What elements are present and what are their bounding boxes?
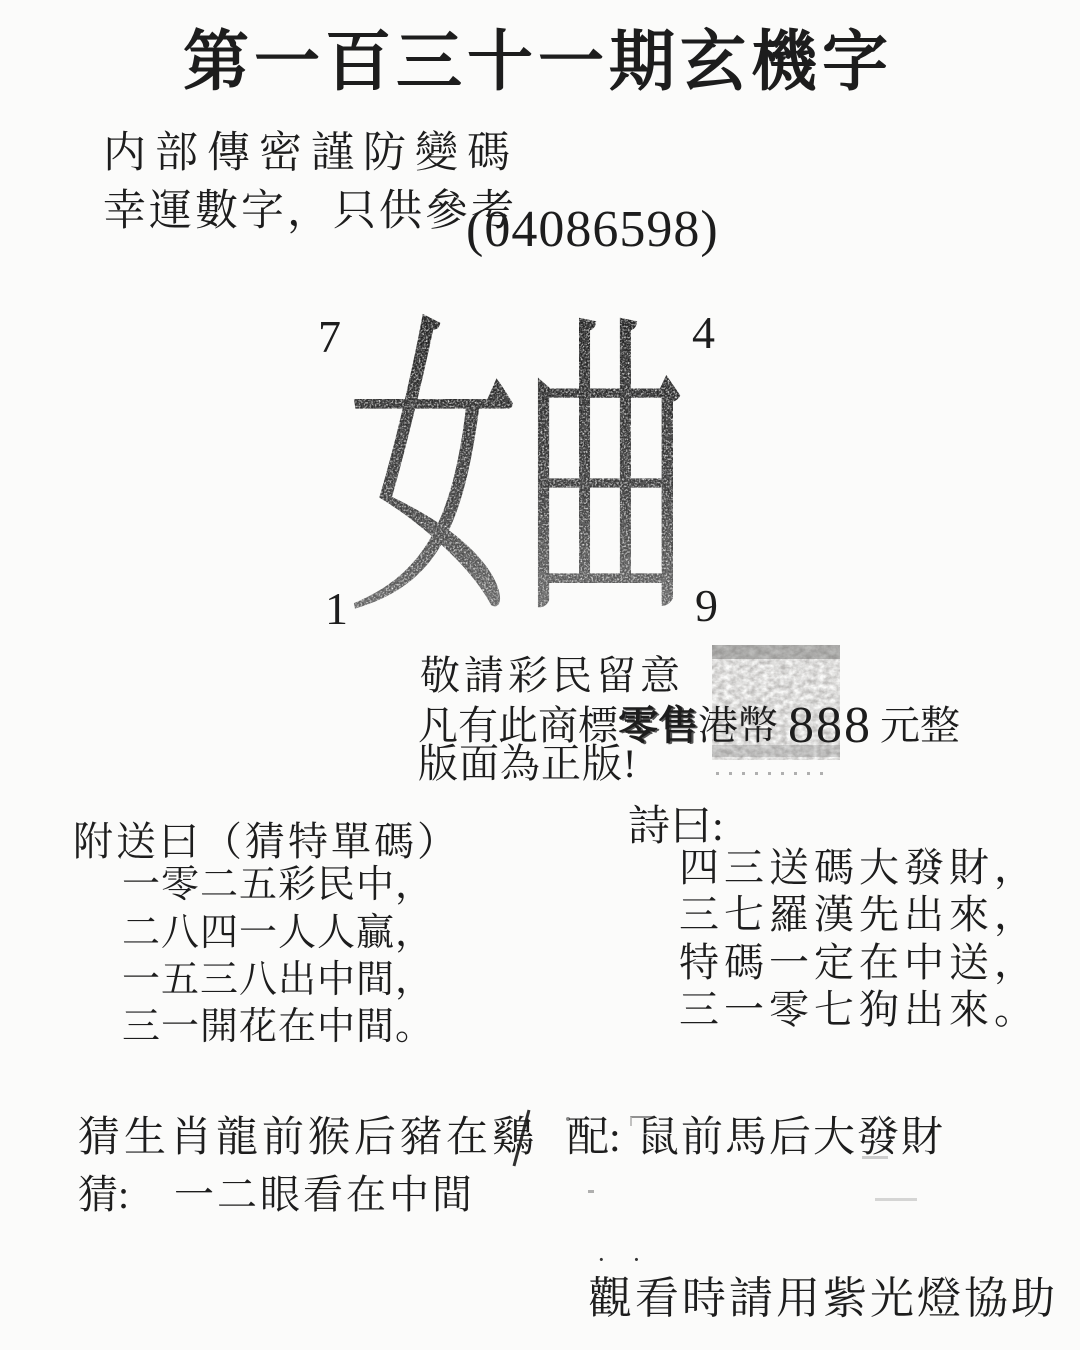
price-amount: 888 [788,697,872,754]
mystery-character-glyph: 女曲 [350,299,690,635]
print-artifact [875,1198,917,1201]
lottery-tip-sheet: 第一百三十一期玄機字 内部傳密謹防變碼 幸運數字，只供參考 (04086598)… [0,0,1080,1350]
zodiac-pair-text: 鼠前馬后大發財 [637,1117,945,1159]
bonus-verse-line: 一零二五彩民中， [122,866,434,904]
price-line-currency: 港幣 [698,703,778,748]
zodiac-pair-label: 配: [567,1117,621,1159]
poem-line: 四三送碼大發財， [679,848,1039,888]
genuine-edition-line: 版面為正版! [418,744,637,784]
corner-number-bottom-right: 9 [695,583,718,629]
print-artifact [630,1116,654,1126]
second-guess-text: 一二眼看在中間 [174,1175,475,1215]
notice-line-1: 内部傳密謹防變碼 [103,132,519,175]
poem-header: 詩曰: [628,806,724,848]
lucky-number: (04086598) [466,204,719,256]
page-title: 第一百三十一期玄機字 [183,30,893,96]
corner-number-top-left: 7 [318,314,341,360]
zodiac-struck-character: 鷄 [492,1117,538,1159]
print-artifact [862,1156,888,1159]
bonus-verse-line: 一五三八出中間， [122,961,434,999]
bonus-verse-line: 三一開花在中間。 [122,1008,434,1046]
print-artifact [566,1117,570,1121]
reader-notice-line: 敬請彩民留意 [420,656,684,696]
corner-number-bottom-left: 1 [325,586,348,632]
poem-line: 特碼一定在中送， [679,943,1039,983]
bonus-verse-line: 二八四一人人贏， [122,914,434,952]
print-artifact [716,772,826,775]
uv-light-note: 觀看時請用紫光燈協助 [588,1277,1058,1321]
zodiac-guess-line: 猜生肖龍前猴后豬在鷄 [78,1117,538,1159]
second-guess-label: 猜: [78,1175,129,1215]
zodiac-guess-prefix: 猜生肖龍前猴后豬在 [78,1115,492,1161]
print-artifact [588,1190,594,1193]
mystery-character: 女曲 [350,297,690,635]
corner-number-top-right: 4 [692,310,715,356]
footer-dots: · · [597,1247,651,1273]
bonus-verse-header: 附送曰（猜特單碼） [73,822,460,862]
price-line-suffix: 元整 [880,703,960,748]
poem-line: 三一零七狗出來。 [679,990,1039,1030]
notice-line-2: 幸運數字，只供參考 [103,190,517,233]
poem-line: 三七羅漢先出來， [679,895,1039,935]
